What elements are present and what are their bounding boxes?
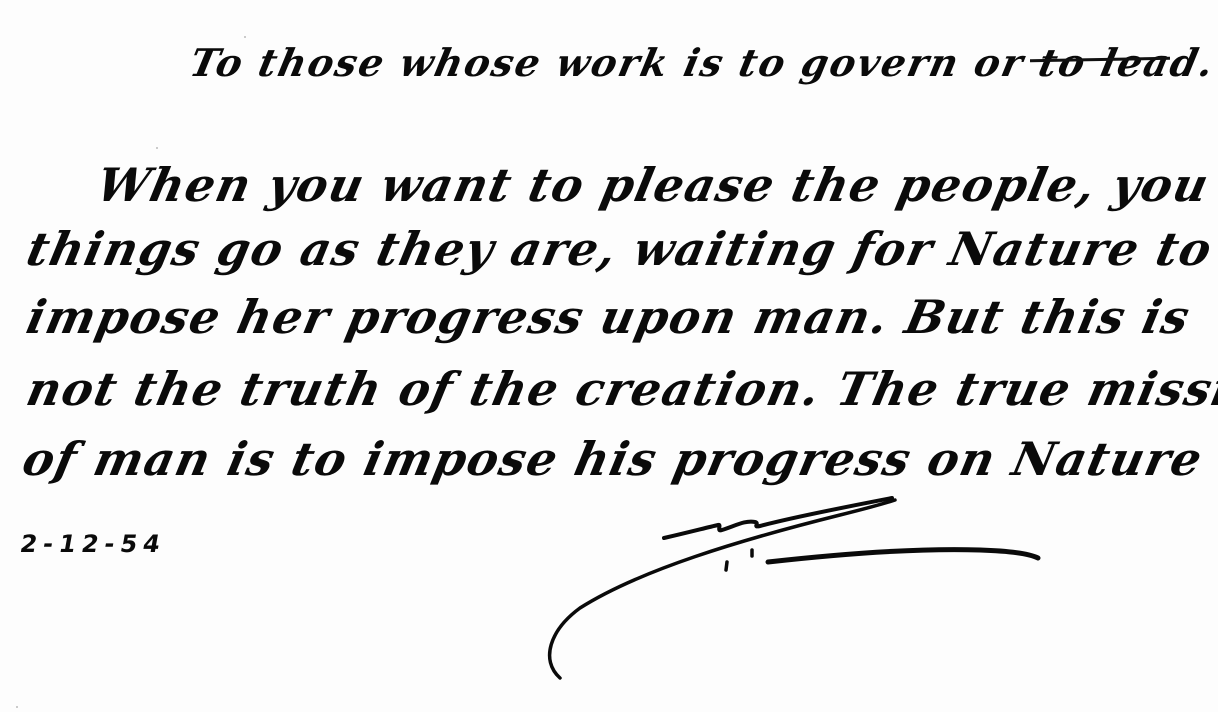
body-line: When you want to please the people, you … [92,158,1218,212]
scan-artifact [16,706,18,708]
body-line: things go as they are, waiting for Natur… [22,222,1218,276]
scan-artifact [244,36,246,38]
scan-artifact [156,147,158,149]
body-line: of man is to impose his progress on Natu… [18,432,1208,486]
body-line: not the truth of the creation. The true … [22,362,1218,416]
handwritten-signature-icon [540,490,1100,690]
document-date: 2-12-54 [18,530,168,558]
document-heading: To those whose work is to govern or to l… [186,40,1218,85]
scanned-document-page: To those whose work is to govern or to l… [0,0,1218,712]
body-line: impose her progress upon man. But this i… [22,290,1195,344]
